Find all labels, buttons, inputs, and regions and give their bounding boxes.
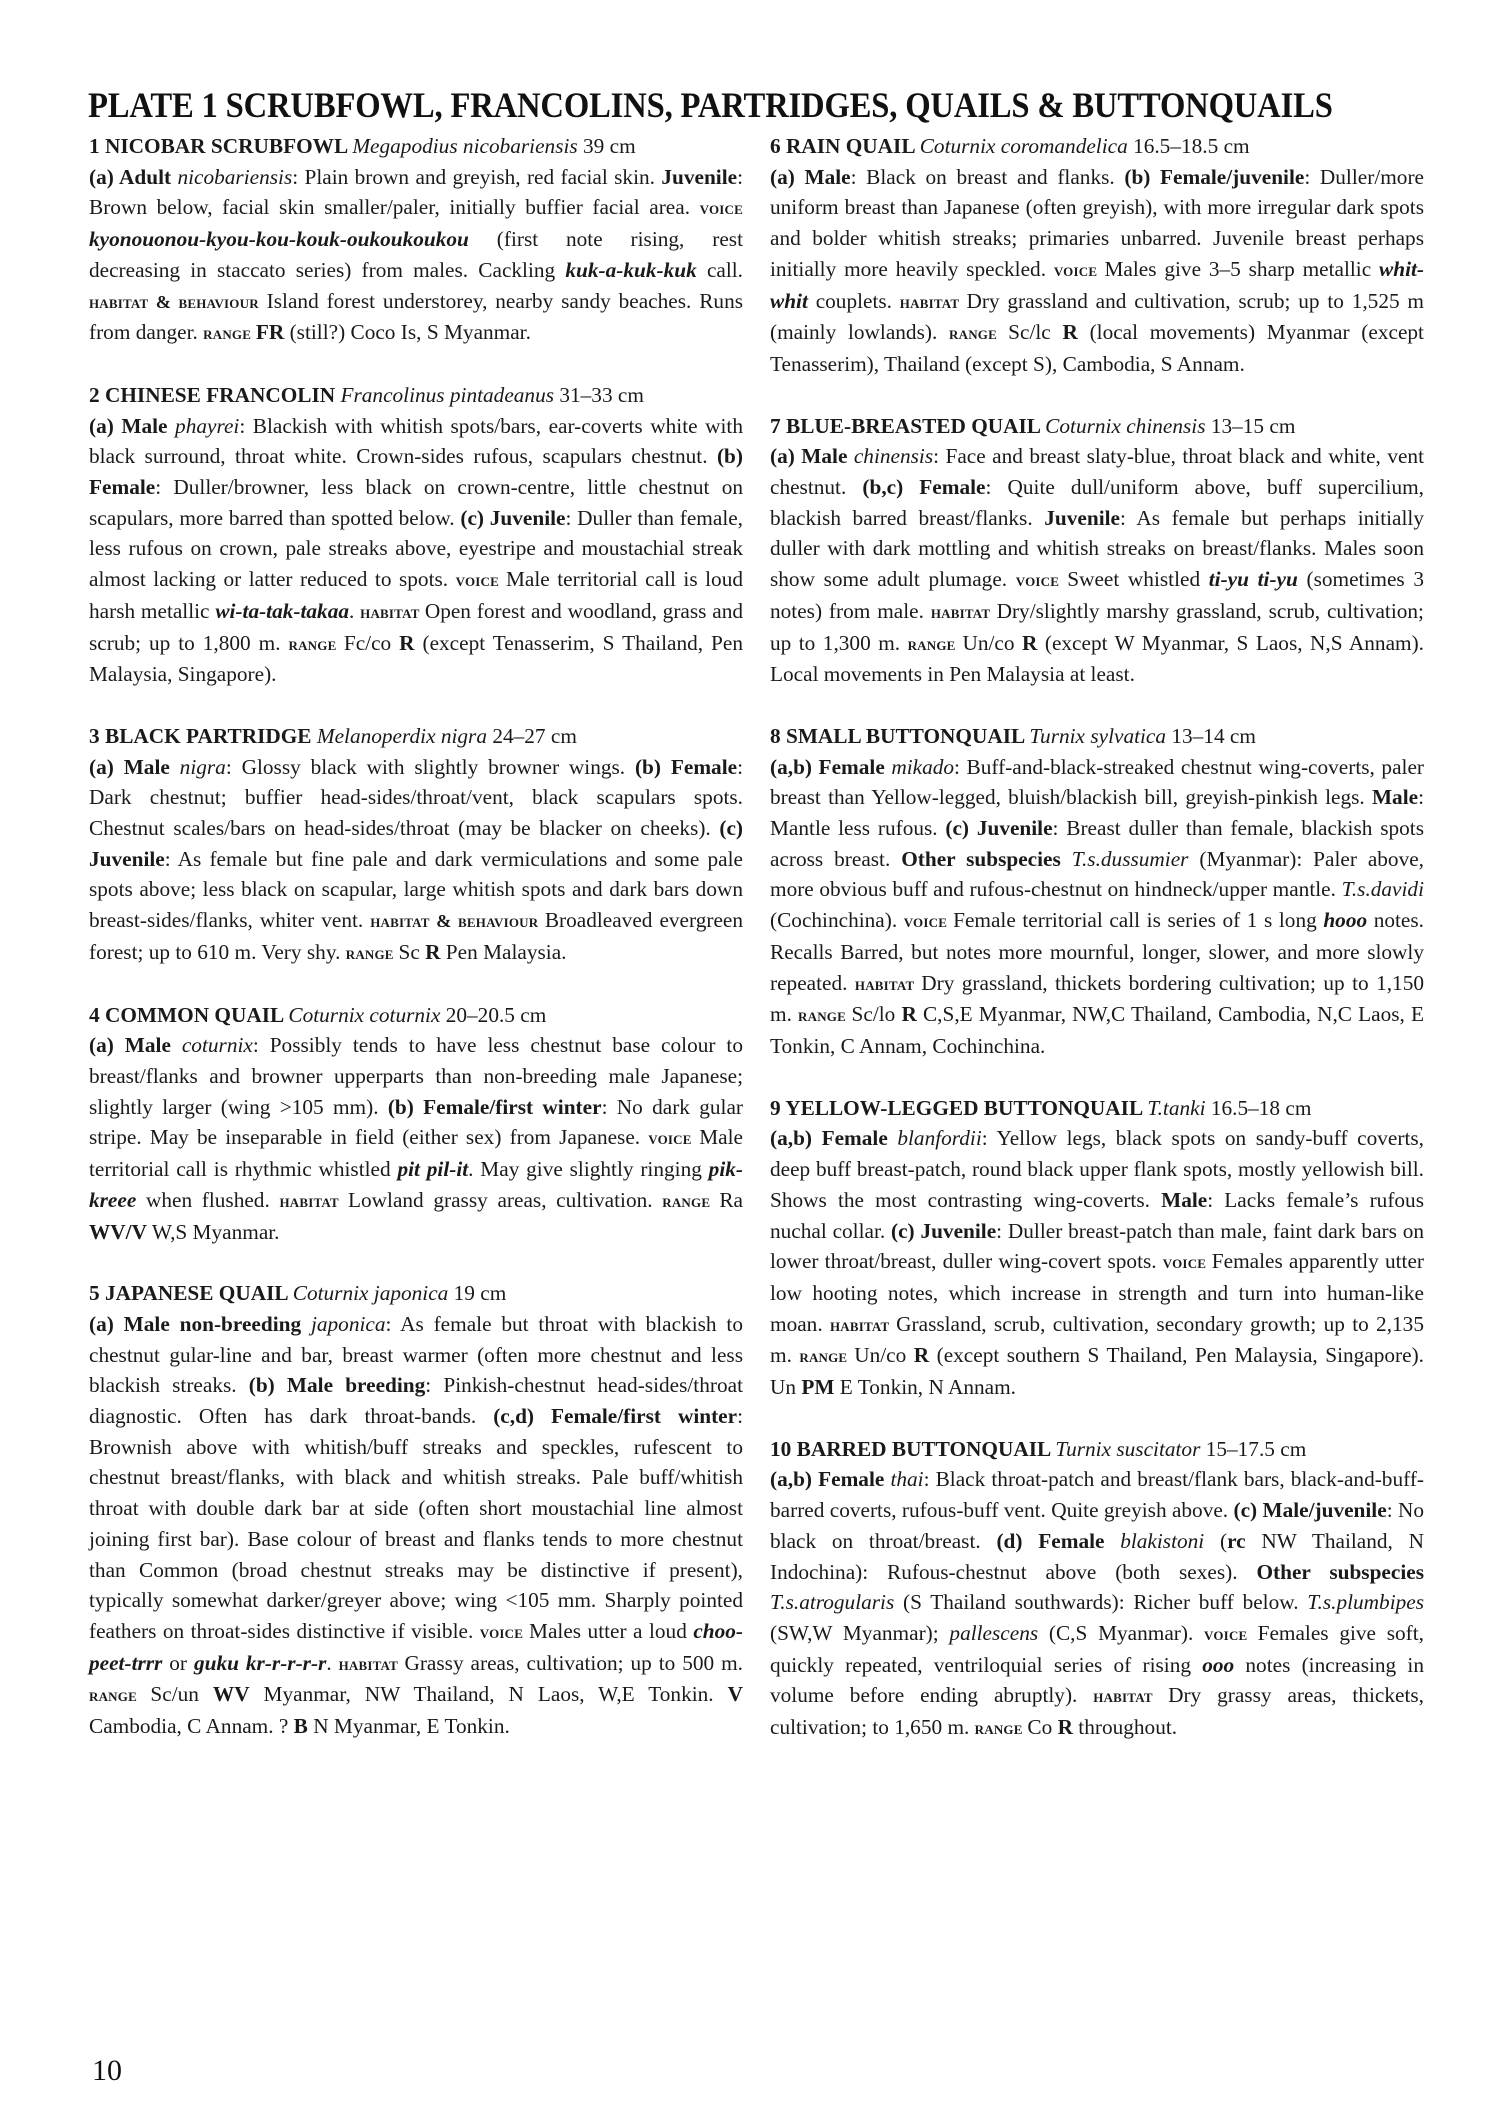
bold-label: R [399,631,414,655]
call-transcription: hooo [1323,908,1367,932]
section-label: VOICE [1054,260,1105,280]
call-transcription: ti-yu ti-yu [1209,567,1298,591]
description-text: : Plain brown and greyish, red facial sk… [292,165,661,189]
description-text: Sc [398,940,425,964]
entry-text: 6 RAIN QUAIL Coturnix coromandelica 16.5… [770,131,1424,380]
description-text: Lowland grassy areas, cultivation. [348,1188,662,1212]
bold-label: (a) Male [770,165,851,189]
description-text: or [162,1651,194,1675]
description-text: throughout. [1073,1715,1177,1739]
scientific-name: Coturnix coturnix [288,1003,445,1027]
description-text: couplets. [808,289,900,313]
section-label: RANGE [662,1191,719,1211]
section-label: HABITAT [931,602,997,622]
species-entry: 4 COMMON QUAIL Coturnix coturnix 20–20.5… [89,1000,743,1248]
section-label: RANGE [975,1718,1028,1738]
section-label: RANGE [949,323,1008,343]
bold-label: R [425,940,440,964]
italic-term: T.s.atrogularis [770,1590,894,1614]
species-number: 3 [89,724,105,748]
description-text: (still?) Coco Is, S Myanmar. [284,320,531,344]
body-size: 16.5–18.5 cm [1133,134,1250,158]
section-label: HABITAT & BEHAVIOUR [370,911,545,931]
bold-label: (c) Male/juvenile [1233,1498,1386,1522]
section-label: VOICE [904,911,953,931]
section-label: HABITAT [339,1654,405,1674]
bold-label: B [294,1714,308,1738]
description-text: (C,S Myanmar). [1038,1621,1204,1645]
description-text: Sc/un [150,1682,213,1706]
species-entry: 1 NICOBAR SCRUBFOWL Megapodius nicobarie… [89,131,743,349]
description-text: (S Thailand southwards): Richer buff bel… [894,1590,1307,1614]
common-name: JAPANESE QUAIL [105,1281,293,1305]
species-entry: 2 CHINESE FRANCOLIN Francolinus pintadea… [89,380,743,690]
bold-label: Juvenile [661,165,737,189]
section-label: RANGE [798,1005,852,1025]
entry-text: 7 BLUE-BREASTED QUAIL Coturnix chinensis… [770,411,1424,690]
italic-term: nicobariensis [177,165,292,189]
entry-text: 3 BLACK PARTRIDGE Melanoperdix nigra 24–… [89,721,743,969]
species-number: 2 [89,383,105,407]
bold-label: R [1058,1715,1073,1739]
description-text: when flushed. [136,1188,279,1212]
entry-heading: 3 BLACK PARTRIDGE Melanoperdix nigra 24–… [89,724,577,748]
bold-label: (b) Male breeding [249,1373,426,1397]
section-label: HABITAT [279,1191,348,1211]
italic-term: pallescens [949,1621,1038,1645]
description-text: : Brownish above with whitish/buff strea… [89,1404,743,1643]
description-text: . May give slightly ringing [468,1157,709,1181]
call-transcription: pit pil-it [397,1157,468,1181]
entry-heading: 9 YELLOW-LEGGED BUTTONQUAIL T.tanki 16.5… [770,1096,1311,1120]
entry-heading: 7 BLUE-BREASTED QUAIL Coturnix chinensis… [770,414,1295,438]
italic-term: japonica [311,1312,386,1336]
body-size: 16.5–18 cm [1211,1096,1312,1120]
species-entry: 7 BLUE-BREASTED QUAIL Coturnix chinensis… [770,411,1424,690]
entry-heading: 6 RAIN QUAIL Coturnix coromandelica 16.5… [770,134,1250,158]
section-label: VOICE [480,1622,529,1642]
section-label: RANGE [799,1346,854,1366]
common-name: YELLOW-LEGGED BUTTONQUAIL [785,1096,1147,1120]
bold-label: WV [213,1682,250,1706]
species-entry: 3 BLACK PARTRIDGE Melanoperdix nigra 24–… [89,721,743,969]
page-title: PLATE 1 SCRUBFOWL, FRANCOLINS, PARTRIDGE… [88,84,1321,126]
scientific-name: T.tanki [1147,1096,1211,1120]
species-entry: 10 BARRED BUTTONQUAIL Turnix suscitator … [770,1434,1424,1744]
description-text: Males utter a loud [529,1619,693,1643]
italic-term: T.s.plumbipes [1307,1590,1424,1614]
description-text: (Cochinchina). [770,908,904,932]
scientific-name: Megapodius nicobariensis [352,134,583,158]
italic-term: coturnix [182,1033,253,1057]
bold-label: (c,d) Female/first winter [493,1404,737,1428]
description-text: W,S Myanmar. [147,1220,280,1244]
body-size: 39 cm [583,134,636,158]
body-size: 24–27 cm [492,724,577,748]
bold-label: (b) Female/juvenile [1124,165,1304,189]
section-label: VOICE [1016,570,1067,590]
section-label: RANGE [203,323,256,343]
bold-label: (a,b) Female [770,755,891,779]
italic-term: mikado [891,755,954,779]
bold-label: (a) Male [770,444,854,468]
italic-term: thai [890,1467,923,1491]
bold-label: (b) Female [635,755,737,779]
bold-label: PM [801,1375,834,1399]
scientific-name: Francolinus pintadeanus [340,383,559,407]
bold-label: V [728,1682,743,1706]
bold-label: FR [256,320,284,344]
description-text: Sweet whistled [1067,567,1209,591]
species-number: 7 [770,414,786,438]
section-label: RANGE [89,1685,150,1705]
description-text: Cambodia, C Annam. ? [89,1714,294,1738]
bold-label: R [901,1002,916,1026]
description-text: Sc/lo [852,1002,902,1026]
body-size: 31–33 cm [559,383,644,407]
italic-term: T.s.dussumier [1072,847,1189,871]
scientific-name: Turnix suscitator [1055,1437,1205,1461]
common-name: BLACK PARTRIDGE [105,724,317,748]
bold-label: (a) Male [89,1033,182,1057]
bold-label: Other subspecies [901,847,1072,871]
section-label: VOICE [456,570,506,590]
species-number: 4 [89,1003,105,1027]
species-entry: 9 YELLOW-LEGGED BUTTONQUAIL T.tanki 16.5… [770,1093,1424,1403]
description-text: (SW,W Myanmar); [770,1621,949,1645]
call-transcription: ooo [1202,1653,1234,1677]
bold-label: WV/V [89,1220,147,1244]
common-name: BARRED BUTTONQUAIL [797,1437,1056,1461]
bold-label: Male [1161,1188,1207,1212]
italic-term: blanfordii [897,1126,981,1150]
body-size: 20–20.5 cm [446,1003,547,1027]
bold-label: (a) Male non-breeding [89,1312,311,1336]
entry-heading: 10 BARRED BUTTONQUAIL Turnix suscitator … [770,1437,1306,1461]
entry-text: 10 BARRED BUTTONQUAIL Turnix suscitator … [770,1434,1424,1744]
page-number: 10 [92,2054,122,2088]
description-text: Males give 3–5 sharp metallic [1104,257,1379,281]
entry-text: 4 COMMON QUAIL Coturnix coturnix 20–20.5… [89,1000,743,1248]
section-label: HABITAT [830,1315,896,1335]
entry-heading: 2 CHINESE FRANCOLIN Francolinus pintadea… [89,383,644,407]
italic-term: blakistoni [1120,1529,1204,1553]
bold-label: (c) Juvenile [460,506,565,530]
section-label: HABITAT [900,292,967,312]
description-text: Un/co [854,1343,914,1367]
description-text: Grassy areas, cultivation; up to 500 m. [404,1651,743,1675]
description-text: ( [1204,1529,1227,1553]
description-text: . [349,599,360,623]
species-entry: 5 JAPANESE QUAIL Coturnix japonica 19 cm… [89,1278,743,1742]
call-transcription: kuk-a-kuk-kuk [565,258,696,282]
species-number: 1 [89,134,105,158]
entry-text: 5 JAPANESE QUAIL Coturnix japonica 19 cm… [89,1278,743,1742]
description-text: : Black on breast and flanks. [851,165,1125,189]
bold-label: (b,c) Female [862,475,985,499]
description-text: Ra [719,1188,743,1212]
scientific-name: Coturnix japonica [293,1281,454,1305]
bold-label: (a) Male [89,755,180,779]
description-text: E Tonkin, N Annam. [834,1375,1016,1399]
bold-label: (a,b) Female [770,1126,897,1150]
left-column: 1 NICOBAR SCRUBFOWL Megapodius nicobarie… [89,131,743,1773]
body-size: 13–15 cm [1211,414,1296,438]
call-transcription: wi-ta-tak-takaa [215,599,349,623]
description-text: . [326,1651,338,1675]
body-size: 19 cm [454,1281,507,1305]
bold-label: R [1022,631,1037,655]
common-name: COMMON QUAIL [105,1003,288,1027]
entry-heading: 5 JAPANESE QUAIL Coturnix japonica 19 cm [89,1281,506,1305]
section-label: RANGE [346,943,399,963]
bold-label: (a) Adult [89,165,177,189]
bold-label: (a,b) Female [770,1467,890,1491]
body-size: 13–14 cm [1171,724,1256,748]
italic-term: T.s.davidi [1342,877,1424,901]
description-text: Female territorial call is series of 1 s… [953,908,1323,932]
section-label: HABITAT & BEHAVIOUR [89,292,259,312]
italic-term: phayrei [175,414,239,438]
section-label: RANGE [289,634,344,654]
scientific-name: Melanoperdix nigra [317,724,492,748]
common-name: BLUE-BREASTED QUAIL [786,414,1045,438]
italic-term: chinensis [854,444,933,468]
call-transcription: kyonouonou-kyou-kou-kouk-oukoukoukou [89,227,469,251]
section-label: HABITAT [1093,1686,1168,1706]
description-text: Myanmar, NW Thailand, N Laos, W,E Tonkin… [250,1682,728,1706]
scientific-name: Turnix sylvatica [1029,724,1171,748]
entry-heading: 1 NICOBAR SCRUBFOWL Megapodius nicobarie… [89,134,636,158]
species-number: 10 [770,1437,797,1461]
species-number: 8 [770,724,786,748]
description-text: Pen Malaysia. [440,940,566,964]
entry-heading: 8 SMALL BUTTONQUAIL Turnix sylvatica 13–… [770,724,1256,748]
bold-label: (d) Female [996,1529,1120,1553]
species-entry: 6 RAIN QUAIL Coturnix coromandelica 16.5… [770,131,1424,380]
right-column: 6 RAIN QUAIL Coturnix coromandelica 16.5… [770,131,1424,1775]
description-text: Sc/lc [1008,320,1062,344]
bold-label: (c) Juvenile [891,1219,996,1243]
common-name: CHINESE FRANCOLIN [105,383,340,407]
description-text: Fc/co [344,631,399,655]
description-text: : Glossy black with slightly browner win… [226,755,635,779]
scientific-name: Coturnix coromandelica [920,134,1133,158]
common-name: RAIN QUAIL [786,134,920,158]
species-number: 6 [770,134,786,158]
section-label: VOICE [700,198,743,218]
section-label: RANGE [908,634,963,654]
bold-label: (a) Male [89,414,175,438]
description-text: call. [697,258,743,282]
section-label: VOICE [1163,1252,1212,1272]
bold-label: R [1062,320,1077,344]
bold-label: rc [1227,1529,1246,1553]
section-label: HABITAT [855,974,921,994]
italic-term: nigra [180,755,226,779]
body-size: 15–17.5 cm [1206,1437,1307,1461]
section-label: HABITAT [360,602,425,622]
entry-heading: 4 COMMON QUAIL Coturnix coturnix 20–20.5… [89,1003,546,1027]
bold-label: Other subspecies [1256,1560,1424,1584]
species-number: 9 [770,1096,785,1120]
call-transcription: guku kr-r-r-r-r [194,1651,326,1675]
common-name: NICOBAR SCRUBFOWL [105,134,352,158]
species-entry: 8 SMALL BUTTONQUAIL Turnix sylvatica 13–… [770,721,1424,1062]
section-label: VOICE [1204,1624,1258,1644]
common-name: SMALL BUTTONQUAIL [786,724,1029,748]
species-number: 5 [89,1281,105,1305]
description-text: Co [1027,1715,1057,1739]
entry-text: 2 CHINESE FRANCOLIN Francolinus pintadea… [89,380,743,690]
bold-label: Juvenile [1044,506,1120,530]
bold-label: (b) Female/first winter [388,1095,602,1119]
section-label: VOICE [648,1128,699,1148]
entry-text: 9 YELLOW-LEGGED BUTTONQUAIL T.tanki 16.5… [770,1093,1424,1403]
bold-label: (c) Juvenile [945,816,1052,840]
description-text: N Myanmar, E Tonkin. [308,1714,510,1738]
bold-label: Male [1372,785,1418,809]
bold-label: R [914,1343,929,1367]
description-text: Un/co [962,631,1022,655]
entry-text: 1 NICOBAR SCRUBFOWL Megapodius nicobarie… [89,131,743,349]
entry-text: 8 SMALL BUTTONQUAIL Turnix sylvatica 13–… [770,721,1424,1062]
scientific-name: Coturnix chinensis [1045,414,1211,438]
